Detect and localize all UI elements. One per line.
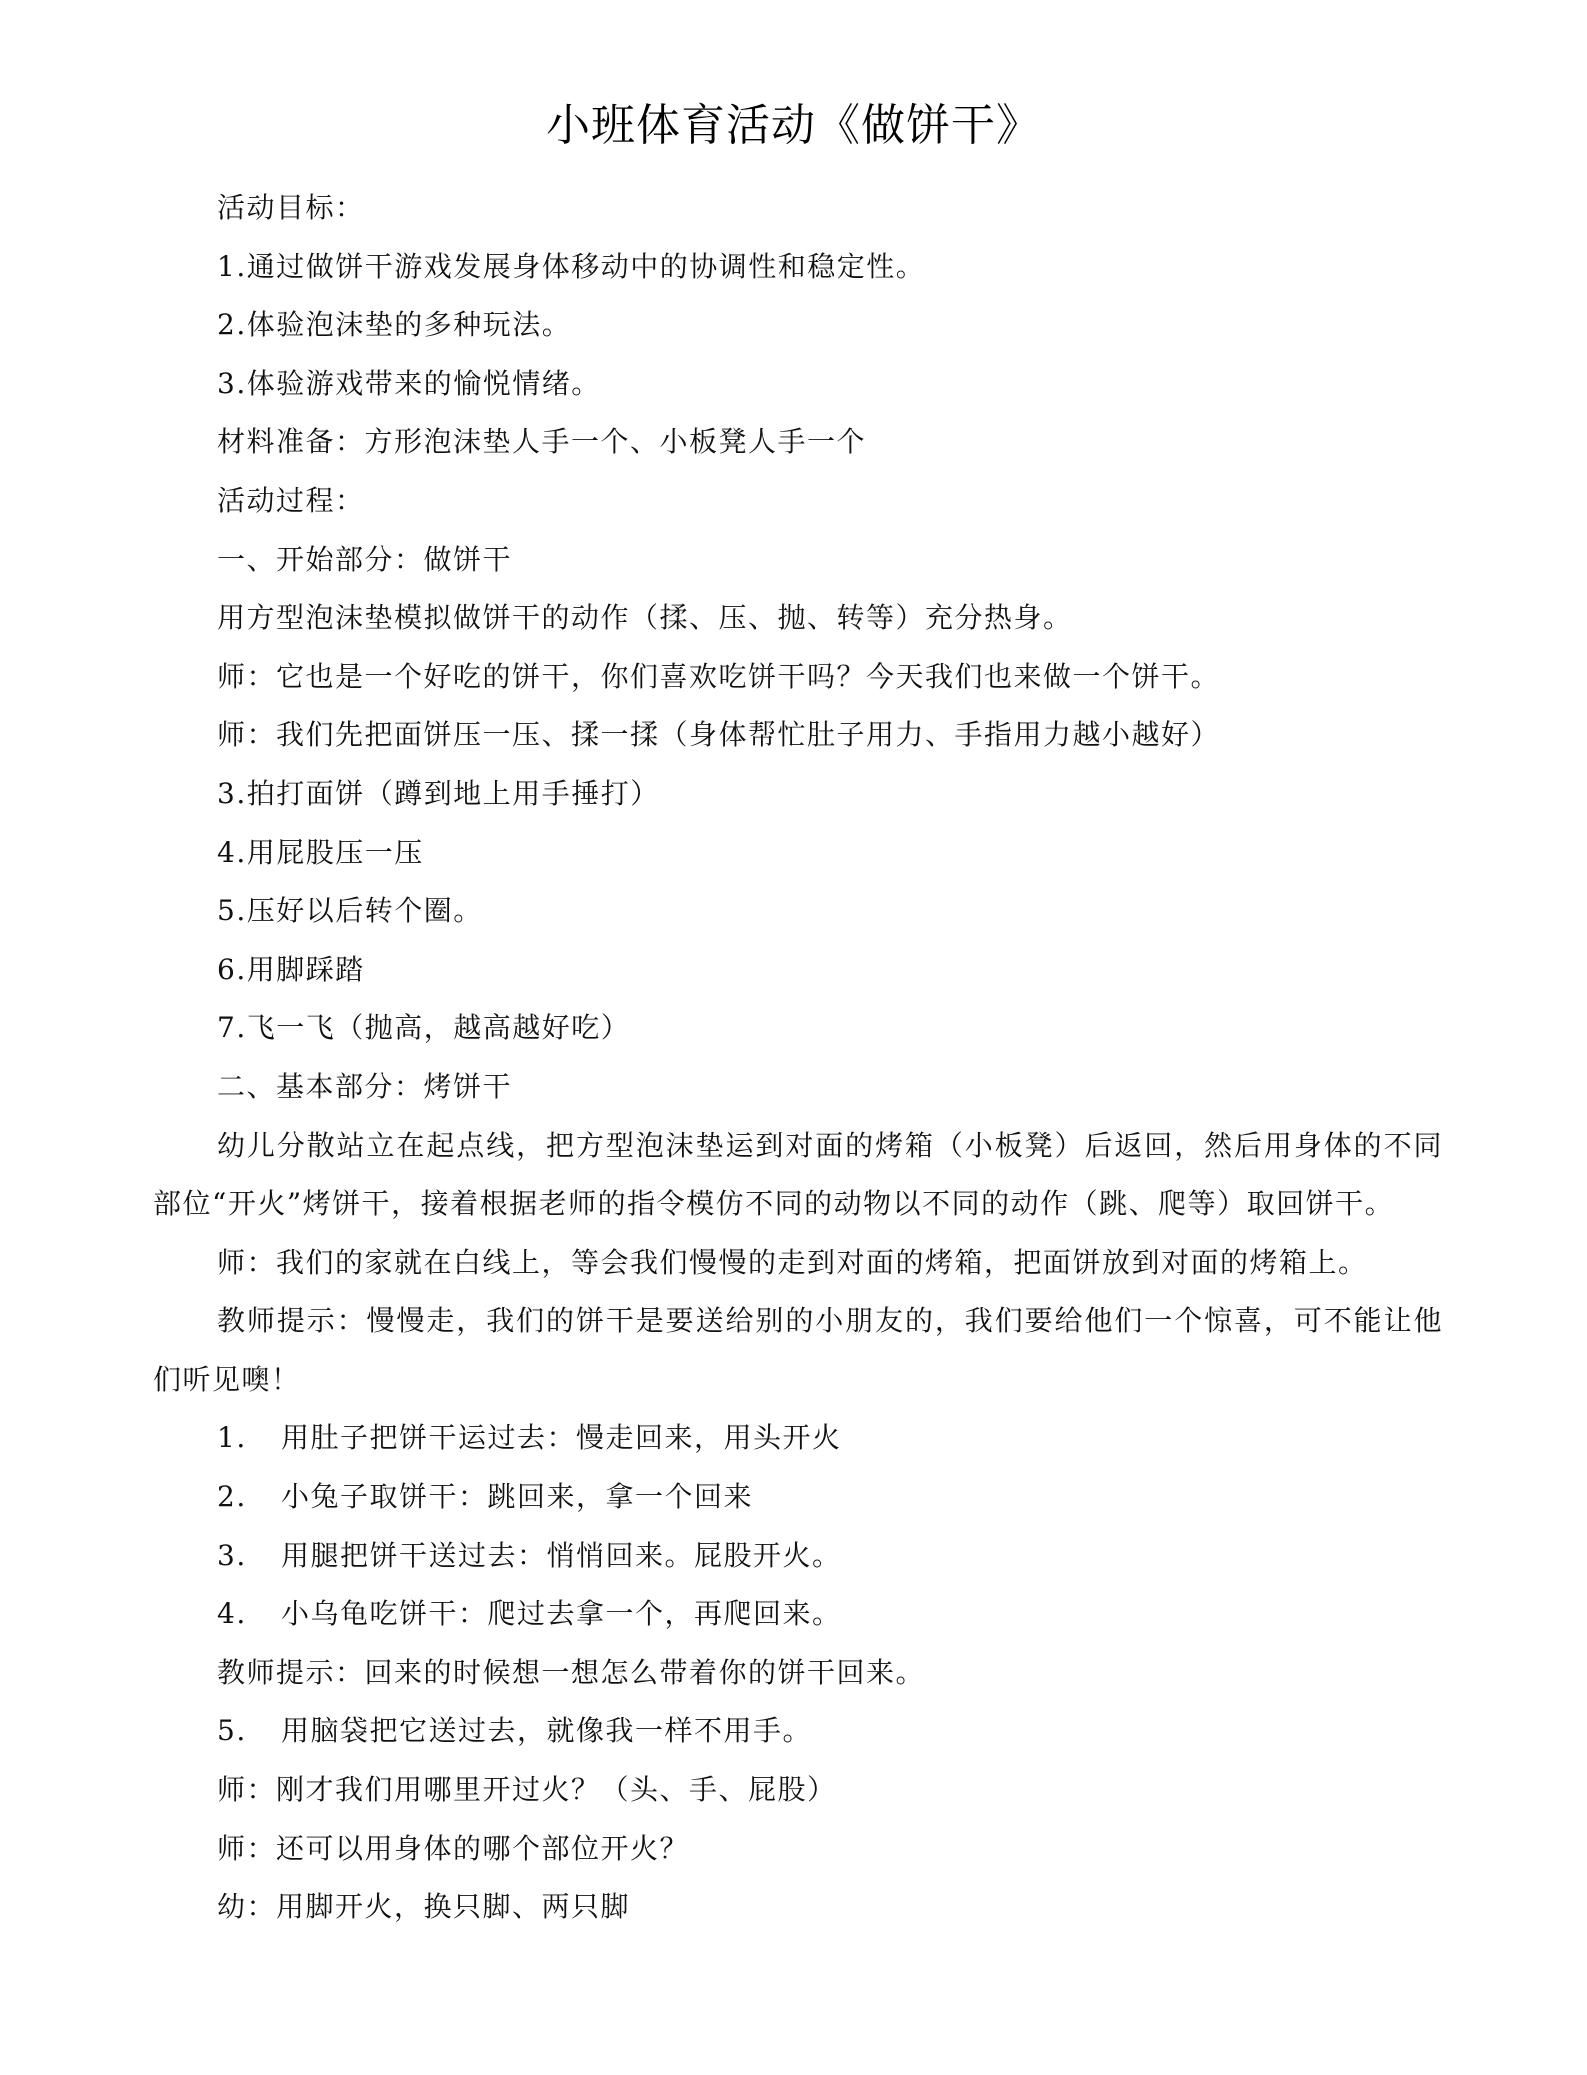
- step-number: 4.: [217, 1585, 281, 1644]
- materials-line: 材料准备：方形泡沫垫人手一个、小板凳人手一个: [153, 413, 1443, 472]
- teacher-line: 师：它也是一个好吃的饼干，你们喜欢吃饼干吗？今天我们也来做一个饼干。: [153, 648, 1443, 707]
- section-heading-process: 活动过程：: [153, 472, 1443, 531]
- teacher-tip: 教师提示：回来的时候想一想怎么带着你的饼干回来。: [153, 1644, 1443, 1703]
- step-item: 4.小乌龟吃饼干：爬过去拿一个，再爬回来。: [153, 1585, 1443, 1644]
- paragraph-teacher: 师：我们的家就在白线上，等会我们慢慢的走到对面的烤箱，把面饼放到对面的烤箱上。: [153, 1234, 1443, 1293]
- document-body: 活动目标： 1.通过做饼干游戏发展身体移动中的协调性和稳定性。 2.体验泡沫垫的…: [153, 179, 1443, 1937]
- step-text: 用肚子把饼干运过去：慢走回来，用头开火: [281, 1421, 842, 1454]
- dialogue-line: 幼：用脚开火，换只脚、两只脚: [153, 1878, 1443, 1937]
- action-item: 7.飞一飞（抛高，越高越好吃）: [153, 999, 1443, 1058]
- warmup-line: 用方型泡沫垫模拟做饼干的动作（揉、压、抛、转等）充分热身。: [153, 589, 1443, 648]
- paragraph-description: 幼儿分散站立在起点线，把方型泡沫垫运到对面的烤箱（小板凳）后返回，然后用身体的不…: [153, 1117, 1443, 1234]
- action-item: 5.压好以后转个圈。: [153, 882, 1443, 941]
- paragraph-tip: 教师提示：慢慢走，我们的饼干是要送给别的小朋友的，我们要给他们一个惊喜，可不能让…: [153, 1292, 1443, 1409]
- step-text: 用脑袋把它送过去，就像我一样不用手。: [281, 1714, 812, 1747]
- step-item: 3.用腿把饼干送过去：悄悄回来。屁股开火。: [153, 1527, 1443, 1586]
- action-item: 6.用脚踩踏: [153, 941, 1443, 1000]
- document-title: 小班体育活动《做饼干》: [0, 96, 1587, 156]
- dialogue-line: 师：刚才我们用哪里开过火？（头、手、屁股）: [153, 1761, 1443, 1820]
- document-page: 小班体育活动《做饼干》 活动目标： 1.通过做饼干游戏发展身体移动中的协调性和稳…: [0, 0, 1587, 2075]
- dialogue-line: 师：还可以用身体的哪个部位开火？: [153, 1820, 1443, 1879]
- action-item: 4.用屁股压一压: [153, 824, 1443, 883]
- part-two-heading: 二、基本部分：烤饼干: [153, 1058, 1443, 1117]
- teacher-line: 师：我们先把面饼压一压、揉一揉（身体帮忙肚子用力、手指用力越小越好）: [153, 706, 1443, 765]
- goal-item: 3.体验游戏带来的愉悦情绪。: [153, 355, 1443, 414]
- action-item: 3.拍打面饼（蹲到地上用手捶打）: [153, 765, 1443, 824]
- step-item: 1.用肚子把饼干运过去：慢走回来，用头开火: [153, 1409, 1443, 1468]
- step-text: 小兔子取饼干：跳回来，拿一个回来: [281, 1480, 753, 1513]
- step-text: 用腿把饼干送过去：悄悄回来。屁股开火。: [281, 1539, 842, 1572]
- step-text: 小乌龟吃饼干：爬过去拿一个，再爬回来。: [281, 1597, 842, 1630]
- goal-item: 2.体验泡沫垫的多种玩法。: [153, 296, 1443, 355]
- step-item: 5.用脑袋把它送过去，就像我一样不用手。: [153, 1702, 1443, 1761]
- step-number: 3.: [217, 1527, 281, 1586]
- step-item: 2.小兔子取饼干：跳回来，拿一个回来: [153, 1468, 1443, 1527]
- step-number: 2.: [217, 1468, 281, 1527]
- section-heading-goals: 活动目标：: [153, 179, 1443, 238]
- goal-item: 1.通过做饼干游戏发展身体移动中的协调性和稳定性。: [153, 238, 1443, 297]
- step-number: 5.: [217, 1702, 281, 1761]
- part-one-heading: 一、开始部分：做饼干: [153, 531, 1443, 590]
- step-number: 1.: [217, 1409, 281, 1468]
